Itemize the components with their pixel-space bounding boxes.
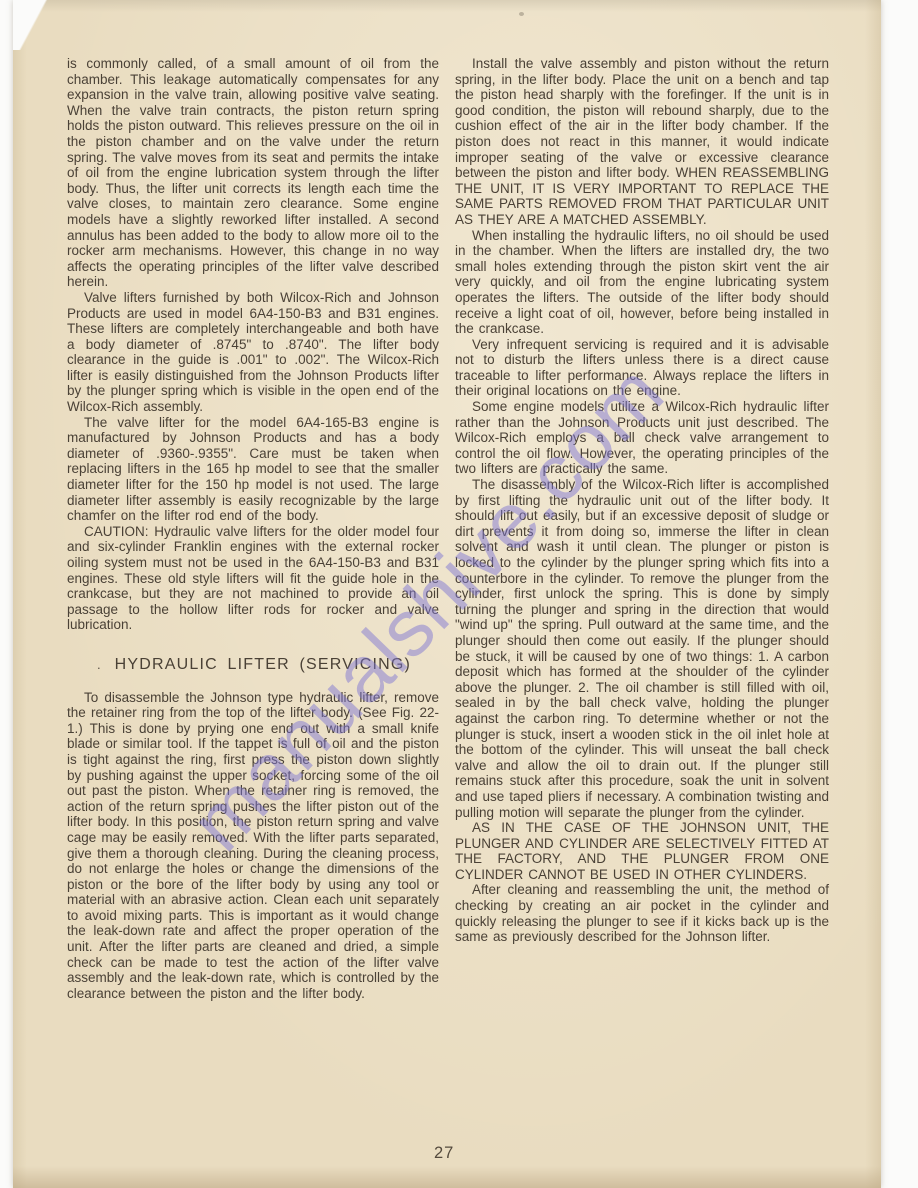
paragraph: Install the valve assembly and piston wi… [455,56,829,228]
page-corner-fold [13,0,57,50]
paragraph: The valve lifter for the model 6A4-165-B… [67,415,439,524]
right-text-column: Install the valve assembly and piston wi… [455,56,829,945]
section-heading: HYDRAULIC LIFTER (SERVICING) [115,657,411,673]
left-text-column: is commonly called, of a small amount of… [67,56,439,1001]
page-number: 27 [434,1144,454,1163]
heading-mark: . [97,657,101,673]
paper-sheet: is commonly called, of a small amount of… [13,0,881,1188]
paragraph: After cleaning and reassembling the unit… [455,882,829,944]
scan-speck [519,12,524,16]
paragraph: When installing the hydraulic lifters, n… [455,228,829,337]
paragraph: The disassembly of the Wilcox-Rich lifte… [455,477,829,820]
paragraph: Valve lifters furnished by both Wilcox-R… [67,290,439,415]
scanned-manual-page: is commonly called, of a small amount of… [0,0,918,1188]
paragraph: Some engine models utilize a Wilcox-Rich… [455,399,829,477]
paragraph: is commonly called, of a small amount of… [67,56,439,290]
section-heading-row: . HYDRAULIC LIFTER (SERVICING) [67,657,439,673]
paragraph: AS IN THE CASE OF THE JOHNSON UNIT, THE … [455,820,829,882]
paragraph: To disassemble the Johnson type hydrauli… [67,690,439,1002]
paragraph: CAUTION: Hydraulic valve lifters for the… [67,524,439,633]
paragraph: Very infrequent servicing is required an… [455,337,829,399]
